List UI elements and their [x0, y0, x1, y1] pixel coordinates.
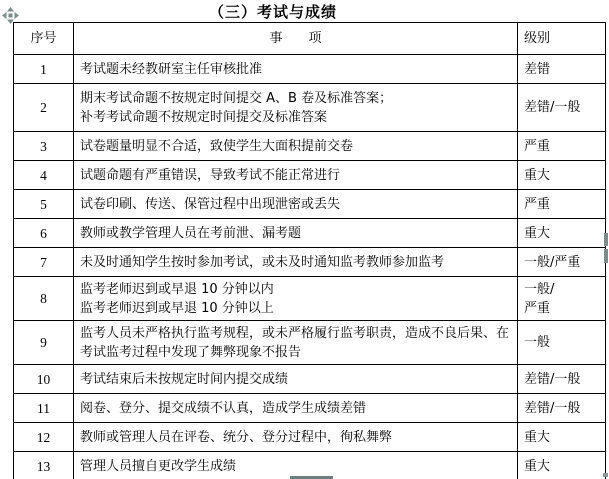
row-level-cell[interactable]: 差错 [518, 55, 606, 84]
row-item-cell[interactable]: 考试结束后未按规定时间内提交成绩 [74, 365, 518, 394]
row-level-cell[interactable]: 重大 [518, 219, 606, 248]
row-no-cell[interactable]: 4 [14, 161, 74, 190]
row-level-cell[interactable]: 一般/ 严重 [518, 277, 606, 321]
table-row: 10 考试结束后未按规定时间内提交成绩 差错/一般 [14, 365, 606, 394]
table-row: 4 试题命题有严重错误，导致考试不能正常进行 重大 [14, 161, 606, 190]
row-level-cell[interactable]: 差错/一般 [518, 84, 606, 132]
table-row: 12 教师或管理人员在评卷、统分、登分过程中，徇私舞弊 重大 [14, 423, 606, 452]
row-level-cell[interactable]: 一般/严重 [518, 248, 606, 277]
table-header-row: 序号 事 项 级别 [14, 23, 606, 55]
table-row: 5 试卷印刷、传送、保管过程中出现泄密或丢失 严重 [14, 190, 606, 219]
row-level-cell[interactable]: 差错/一般 [518, 394, 606, 423]
table-row: 6 教师或教学管理人员在考前泄、漏考题 重大 [14, 219, 606, 248]
row-no-cell[interactable]: 12 [14, 423, 74, 452]
table-row: 2 期末考试命题不按规定时间提交 A、B 卷及标准答案； 补考考试命题不按规定时… [14, 84, 606, 132]
row-level-cell[interactable]: 重大 [518, 161, 606, 190]
row-level-cell[interactable]: 一般 [518, 321, 606, 365]
row-level-cell[interactable]: 严重 [518, 190, 606, 219]
vertical-scrollbar-thumb[interactable] [604, 233, 608, 263]
row-no-cell[interactable]: 6 [14, 219, 74, 248]
row-item-cell[interactable]: 试卷题量明显不合适，致使学生大面积提前交卷 [74, 132, 518, 161]
row-no-cell[interactable]: 3 [14, 132, 74, 161]
row-item-cell[interactable]: 考试题未经教研室主任审核批准 [74, 55, 518, 84]
row-item-cell[interactable]: 管理人员擅自更改学生成绩 [74, 452, 518, 479]
exam-grade-table: 序号 事 项 级别 1 考试题未经教研室主任审核批准 差错 2 期末考试命题不按… [13, 22, 606, 479]
row-item-cell[interactable]: 教师或管理人员在评卷、统分、登分过程中，徇私舞弊 [74, 423, 518, 452]
header-no-cell[interactable]: 序号 [14, 23, 74, 55]
row-item-cell[interactable]: 试卷印刷、传送、保管过程中出现泄密或丢失 [74, 190, 518, 219]
row-item-cell[interactable]: 监考老师迟到或早退 10 分钟以内 监考老师迟到或早退 10 分钟以上 [74, 277, 518, 321]
table-row: 1 考试题未经教研室主任审核批准 差错 [14, 55, 606, 84]
row-no-cell[interactable]: 10 [14, 365, 74, 394]
row-no-cell[interactable]: 13 [14, 452, 74, 479]
row-no-cell[interactable]: 9 [14, 321, 74, 365]
row-no-cell[interactable]: 8 [14, 277, 74, 321]
row-item-cell[interactable]: 期末考试命题不按规定时间提交 A、B 卷及标准答案； 补考考试命题不按规定时间提… [74, 84, 518, 132]
row-no-cell[interactable]: 5 [14, 190, 74, 219]
row-item-cell[interactable]: 试题命题有严重错误，导致考试不能正常进行 [74, 161, 518, 190]
row-no-cell[interactable]: 1 [14, 55, 74, 84]
table-row: 3 试卷题量明显不合适，致使学生大面积提前交卷 严重 [14, 132, 606, 161]
scrollbar-segment [604, 249, 608, 263]
row-item-cell[interactable]: 未及时通知学生按时参加考试，或未及时通知监考教师参加监考 [74, 248, 518, 277]
table-row: 8 监考老师迟到或早退 10 分钟以内 监考老师迟到或早退 10 分钟以上 一般… [14, 277, 606, 321]
row-item-cell[interactable]: 教师或教学管理人员在考前泄、漏考题 [74, 219, 518, 248]
scrollbar-segment [604, 233, 608, 246]
table-row: 13 管理人员擅自更改学生成绩 重大 [14, 452, 606, 479]
document-page: （三）考试与成绩 序号 事 项 级别 1 考试题未经教研室主任审核批准 差错 2… [0, 0, 609, 479]
row-level-cell[interactable]: 重大 [518, 452, 606, 479]
row-item-cell[interactable]: 阅卷、登分、提交成绩不认真，造成学生成绩差错 [74, 394, 518, 423]
table-resize-handle[interactable] [603, 473, 608, 477]
row-level-cell[interactable]: 严重 [518, 132, 606, 161]
table-row: 7 未及时通知学生按时参加考试，或未及时通知监考教师参加监考 一般/严重 [14, 248, 606, 277]
header-item-cell[interactable]: 事 项 [74, 23, 518, 55]
row-level-cell[interactable]: 重大 [518, 423, 606, 452]
header-level-cell[interactable]: 级别 [518, 23, 606, 55]
table-row: 11 阅卷、登分、提交成绩不认真，造成学生成绩差错 差错/一般 [14, 394, 606, 423]
row-no-cell[interactable]: 11 [14, 394, 74, 423]
row-no-cell[interactable]: 2 [14, 84, 74, 132]
row-no-cell[interactable]: 7 [14, 248, 74, 277]
row-level-cell[interactable]: 差错/一般 [518, 365, 606, 394]
row-item-cell[interactable]: 监考人员未严格执行监考规程，或未严格履行监考职责，造成不良后果、在考试监考过程中… [74, 321, 518, 365]
section-title: （三）考试与成绩 [100, 1, 446, 22]
table-row: 9 监考人员未严格执行监考规程，或未严格履行监考职责，造成不良后果、在考试监考过… [14, 321, 606, 365]
